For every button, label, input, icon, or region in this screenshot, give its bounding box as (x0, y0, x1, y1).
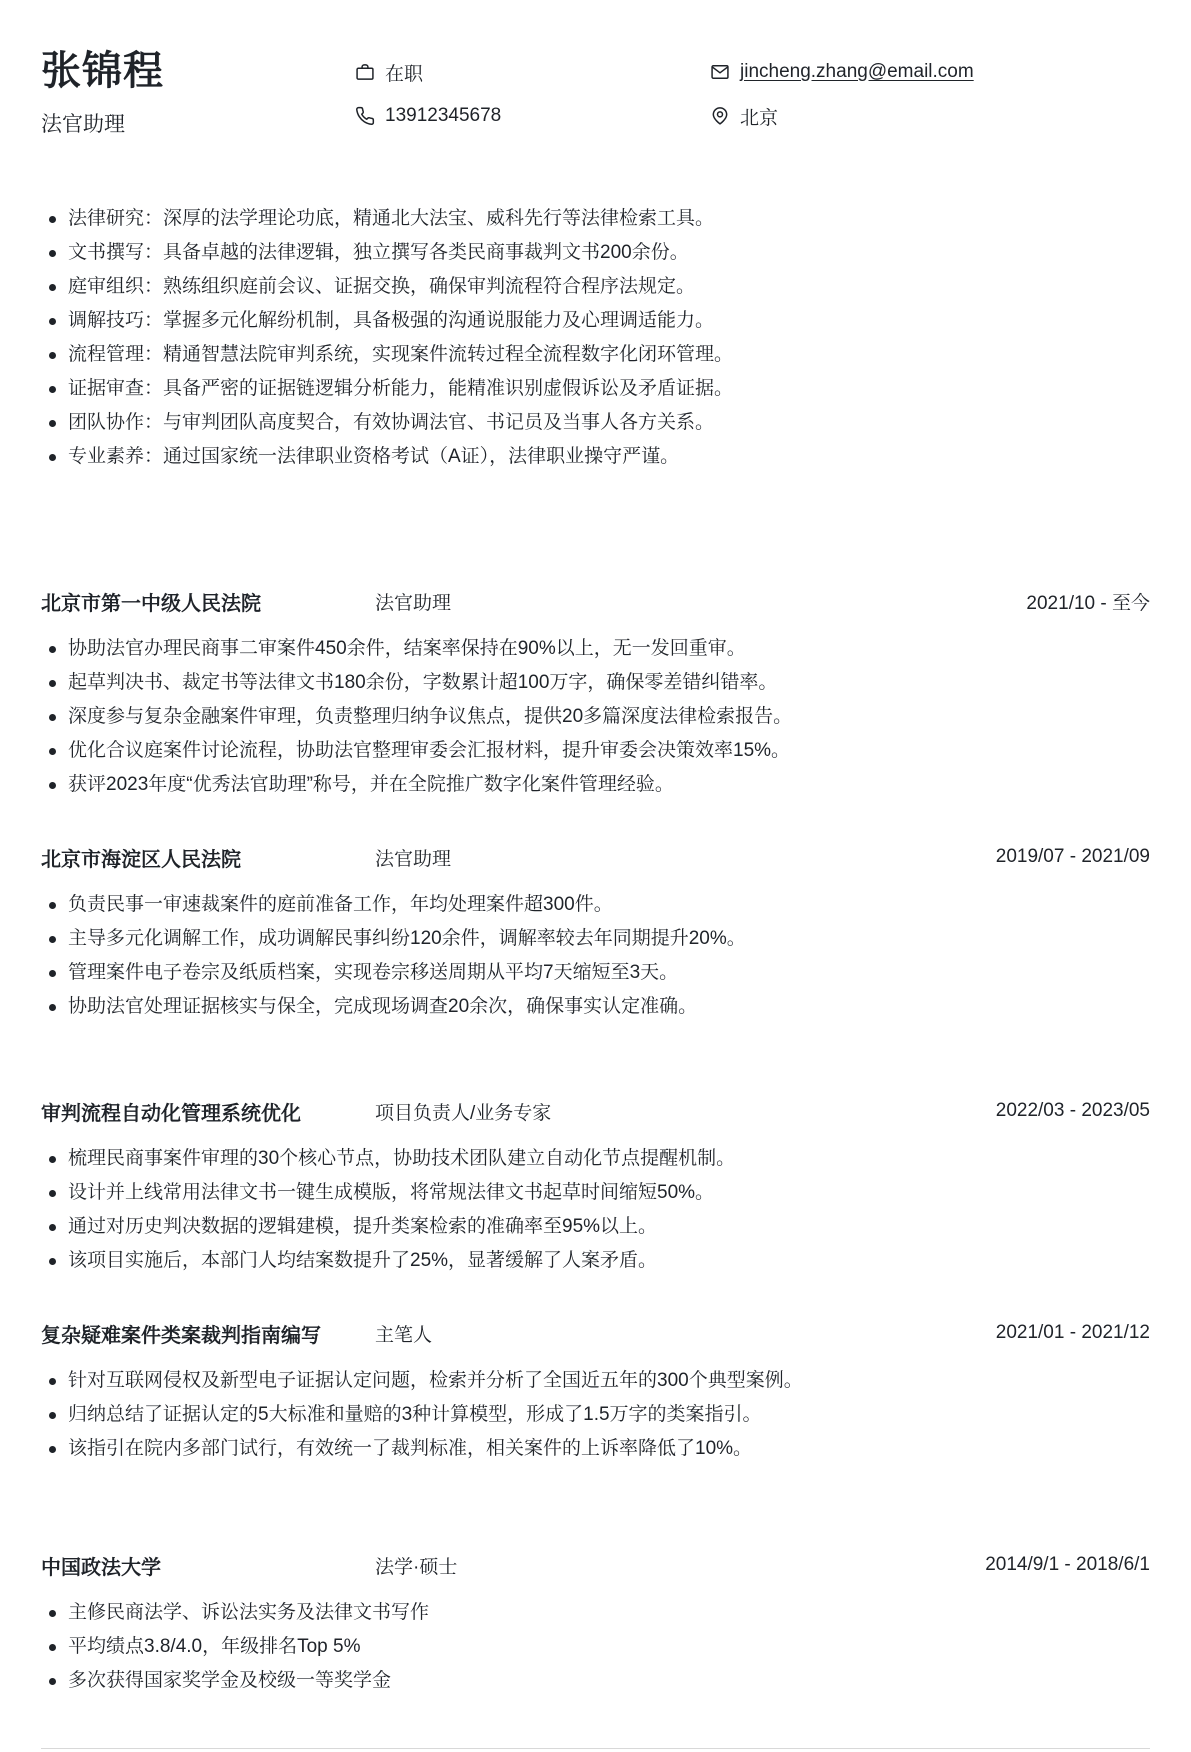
list-item: 法律研究：深厚的法学理论功底，精通北大法宝、威科先行等法律检索工具。 (41, 202, 1150, 236)
list-item: 针对互联网侵权及新型电子证据认定问题，检索并分析了全国近五年的300个典型案例。 (41, 1364, 1150, 1398)
location-icon (710, 106, 730, 126)
education-section: 中国政法大学 法学·硕士 2014/9/1 - 2018/6/1 主修民商法学、… (41, 1550, 1150, 1698)
projects-section: 审判流程自动化管理系统优化 项目负责人/业务专家 2022/03 - 2023/… (41, 1096, 1150, 1466)
project-entry-header: 审判流程自动化管理系统优化 项目负责人/业务专家 2022/03 - 2023/… (41, 1096, 1150, 1126)
candidate-name: 张锦程 (41, 46, 355, 96)
education-entry: 中国政法大学 法学·硕士 2014/9/1 - 2018/6/1 主修民商法学、… (41, 1550, 1150, 1698)
experience-entry: 北京市第一中级人民法院 法官助理 2021/10 - 至今 协助法官办理民商事二… (41, 586, 1150, 802)
email-text[interactable]: jincheng.zhang@email.com (740, 61, 974, 83)
list-item: 该项目实施后，本部门人均结案数提升了25%，显著缓解了人案矛盾。 (41, 1244, 1150, 1278)
project-entry: 复杂疑难案件类案裁判指南编写 主笔人 2021/01 - 2021/12 针对互… (41, 1318, 1150, 1466)
list-item: 优化合议庭案件讨论流程，协助法官整理审委会汇报材料，提升审委会决策效率15%。 (41, 734, 1150, 768)
phone-text: 13912345678 (385, 105, 501, 127)
mail-icon (710, 62, 730, 82)
list-item: 主修民商法学、诉讼法实务及法律文书写作 (41, 1596, 1150, 1630)
list-item: 证据审查：具备严密的证据链逻辑分析能力，能精准识别虚假诉讼及矛盾证据。 (41, 372, 1150, 406)
list-item: 调解技巧：掌握多元化解纷机制，具备极强的沟通说服能力及心理调适能力。 (41, 304, 1150, 338)
email-link[interactable]: jincheng.zhang@email.com (710, 61, 1150, 83)
resume-header: 张锦程 法官助理 在职 jincheng.zhang@email.com (41, 46, 1150, 138)
briefcase-icon (355, 62, 375, 82)
experience-bullet-list: 协助法官办理民商事二审案件450余件，结案率保持在90%以上，无一发回重审。起草… (41, 632, 1150, 802)
list-item: 设计并上线常用法律文书一键生成模版，将常规法律文书起草时间缩短50%。 (41, 1176, 1150, 1210)
list-item: 负责民事一审速裁案件的庭前准备工作，年均处理案件超300件。 (41, 888, 1150, 922)
project-entry: 审判流程自动化管理系统优化 项目负责人/业务专家 2022/03 - 2023/… (41, 1096, 1150, 1278)
experience-entry-header: 北京市海淀区人民法院 法官助理 2019/07 - 2021/09 (41, 842, 1150, 872)
project-role: 项目负责人/业务专家 (375, 1098, 996, 1125)
date-range: 2019/07 - 2021/09 (996, 846, 1150, 868)
location-text: 北京 (740, 103, 778, 130)
page-bottom-divider (41, 1748, 1150, 1749)
list-item: 协助法官办理民商事二审案件450余件，结案率保持在90%以上，无一发回重审。 (41, 632, 1150, 666)
candidate-title: 法官助理 (41, 108, 355, 138)
project-name: 审判流程自动化管理系统优化 (41, 1097, 375, 1126)
date-range: 2022/03 - 2023/05 (996, 1100, 1150, 1122)
phone-icon (355, 106, 375, 126)
education-bullet-list: 主修民商法学、诉讼法实务及法律文书写作平均绩点3.8/4.0，年级排名Top 5… (41, 1596, 1150, 1698)
employment-status: 在职 (355, 59, 710, 86)
list-item: 归纳总结了证据认定的5大标准和量赔的3种计算模型，形成了1.5万字的类案指引。 (41, 1398, 1150, 1432)
list-item: 获评2023年度“优秀法官助理”称号，并在全院推广数字化案件管理经验。 (41, 768, 1150, 802)
phone-number: 13912345678 (355, 105, 710, 127)
list-item: 通过对历史判决数据的逻辑建模，提升类案检索的准确率至95%以上。 (41, 1210, 1150, 1244)
project-bullet-list: 针对互联网侵权及新型电子证据认定问题，检索并分析了全国近五年的300个典型案例。… (41, 1364, 1150, 1466)
project-entry-header: 复杂疑难案件类案裁判指南编写 主笔人 2021/01 - 2021/12 (41, 1318, 1150, 1348)
list-item: 主导多元化调解工作，成功调解民事纠纷120余件，调解率较去年同期提升20%。 (41, 922, 1150, 956)
contact-grid: 在职 jincheng.zhang@email.com 13912345678 (355, 46, 1150, 138)
list-item: 梳理民商事案件审理的30个核心节点，协助技术团队建立自动化节点提醒机制。 (41, 1142, 1150, 1176)
experience-entry-header: 北京市第一中级人民法院 法官助理 2021/10 - 至今 (41, 586, 1150, 616)
list-item: 流程管理：精通智慧法院审判系统，实现案件流转过程全流程数字化闭环管理。 (41, 338, 1150, 372)
experience-section: 北京市第一中级人民法院 法官助理 2021/10 - 至今 协助法官办理民商事二… (41, 586, 1150, 1024)
list-item: 该指引在院内多部门试行，有效统一了裁判标准，相关案件的上诉率降低了10%。 (41, 1432, 1150, 1466)
date-range: 2021/01 - 2021/12 (996, 1322, 1150, 1344)
job-role: 法官助理 (375, 588, 1026, 615)
education-entry-header: 中国政法大学 法学·硕士 2014/9/1 - 2018/6/1 (41, 1550, 1150, 1580)
employment-status-text: 在职 (385, 59, 423, 86)
list-item: 团队协作：与审判团队高度契合，有效协调法官、书记员及当事人各方关系。 (41, 406, 1150, 440)
resume-page: 张锦程 法官助理 在职 jincheng.zhang@email.com (0, 0, 1191, 1752)
degree: 法学·硕士 (375, 1552, 985, 1579)
list-item: 文书撰写：具备卓越的法律逻辑，独立撰写各类民商事裁判文书200余份。 (41, 236, 1150, 270)
company-name: 北京市第一中级人民法院 (41, 587, 375, 616)
project-name: 复杂疑难案件类案裁判指南编写 (41, 1319, 375, 1348)
list-item: 深度参与复杂金融案件审理，负责整理归纳争议焦点，提供20多篇深度法律检索报告。 (41, 700, 1150, 734)
date-range: 2021/10 - 至今 (1026, 588, 1150, 615)
list-item: 庭审组织：熟练组织庭前会议、证据交换，确保审判流程符合程序法规定。 (41, 270, 1150, 304)
location: 北京 (710, 103, 1150, 130)
list-item: 起草判决书、裁定书等法律文书180余份，字数累计超100万字，确保零差错纠错率。 (41, 666, 1150, 700)
identity-block: 张锦程 法官助理 (41, 46, 355, 138)
list-item: 协助法官处理证据核实与保全，完成现场调查20余次，确保事实认定准确。 (41, 990, 1150, 1024)
skills-section: 法律研究：深厚的法学理论功底，精通北大法宝、威科先行等法律检索工具。文书撰写：具… (41, 202, 1150, 474)
experience-bullet-list: 负责民事一审速裁案件的庭前准备工作，年均处理案件超300件。主导多元化调解工作，… (41, 888, 1150, 1024)
experience-entry: 北京市海淀区人民法院 法官助理 2019/07 - 2021/09 负责民事一审… (41, 842, 1150, 1024)
list-item: 多次获得国家奖学金及校级一等奖学金 (41, 1664, 1150, 1698)
date-range: 2014/9/1 - 2018/6/1 (985, 1554, 1150, 1576)
project-role: 主笔人 (375, 1320, 996, 1347)
job-role: 法官助理 (375, 844, 996, 871)
list-item: 平均绩点3.8/4.0，年级排名Top 5% (41, 1630, 1150, 1664)
list-item: 专业素养：通过国家统一法律职业资格考试（A证），法律职业操守严谨。 (41, 440, 1150, 474)
school-name: 中国政法大学 (41, 1551, 375, 1580)
project-bullet-list: 梳理民商事案件审理的30个核心节点，协助技术团队建立自动化节点提醒机制。设计并上… (41, 1142, 1150, 1278)
skills-list: 法律研究：深厚的法学理论功底，精通北大法宝、威科先行等法律检索工具。文书撰写：具… (41, 202, 1150, 474)
company-name: 北京市海淀区人民法院 (41, 843, 375, 872)
list-item: 管理案件电子卷宗及纸质档案，实现卷宗移送周期从平均7天缩短至3天。 (41, 956, 1150, 990)
